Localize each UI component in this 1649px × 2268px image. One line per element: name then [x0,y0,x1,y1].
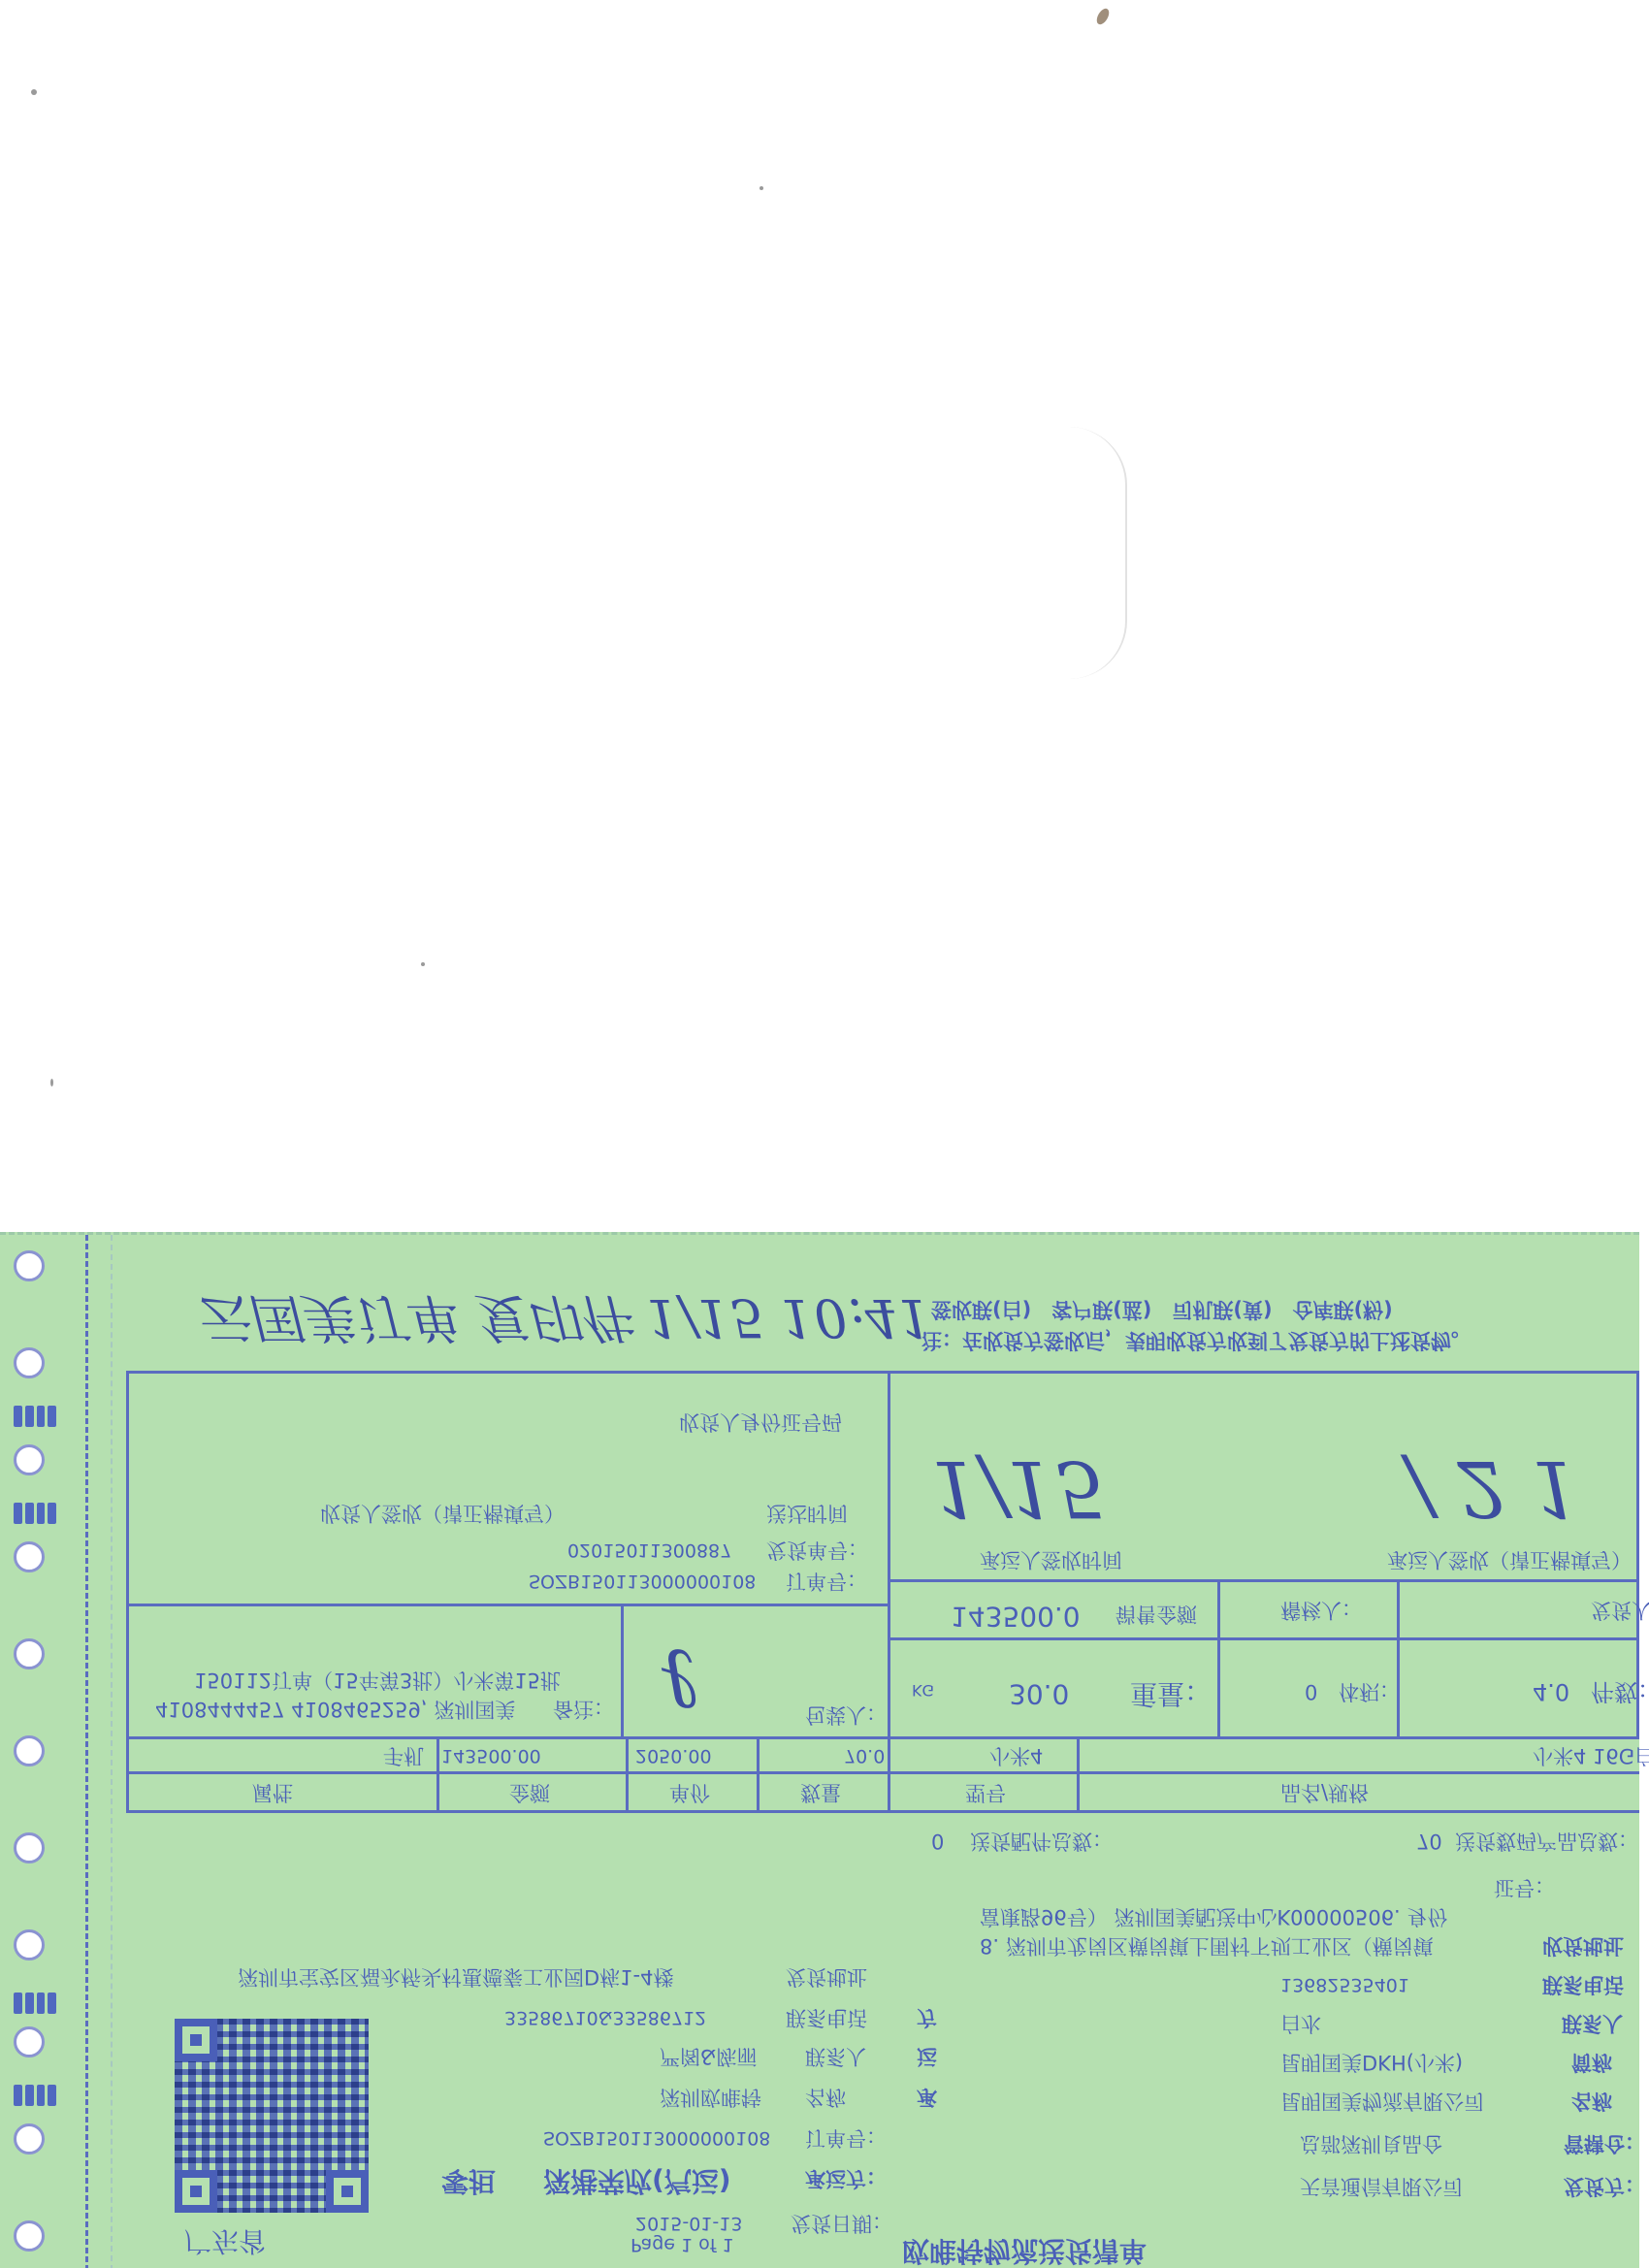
consignee-address-line1: 8. 深圳市龙岗区横岗镇上围村下坝工业区（横岗镇 [980,1933,1434,1959]
volume-label: 体积： [1339,1679,1400,1704]
scan-speck [421,962,425,966]
feed-hole-icon [14,2220,45,2252]
feed-hole-icon [14,1638,45,1669]
remark-line2: 150112订单（15年第3批）小米第15批 [194,1668,561,1693]
registration-mark-icon [14,1503,56,1524]
qr-finder-icon [175,2019,217,2061]
accessory-total: 0 [931,1829,944,1854]
weight-label: 重量： [1130,1681,1212,1706]
carrier-mode: 零担 [441,2168,496,2193]
carrier-label: 承运方： [805,2166,887,2191]
consignee-contact-label: 联系人 [1562,2011,1623,2036]
mirrored-form: 欧唯特物流送货清单 Page 1 of 1 发货日期： 2015-01-13 广… [0,1235,1639,2268]
feed-hole-icon [14,1929,45,1960]
feed-hole-icon [14,1541,45,1572]
cell-quantity: 70.0 [844,1743,885,1768]
feed-hole-icon [14,1347,45,1378]
summary-rule [888,1637,1639,1640]
province-label: 广东省 [184,2228,266,2253]
table-rule [126,1771,1639,1774]
scan-speck [1094,7,1112,27]
ship-date-label: 发货日期： [791,2211,892,2236]
table-rule [436,1739,439,1813]
qr-finder-icon [326,2170,369,2213]
consignee-address-line2: 富康路96号） 深圳国美配送中心K00000506. 身份 [980,1904,1447,1929]
qr-finder-icon [175,2170,217,2213]
feed-hole-icon [14,1250,45,1281]
note-line1: 注：在收货方签收后，表明收货方收到了发货方的上述货物。 [921,1328,1471,1353]
carrier-sign-label: 承运人签收（请正楷填写） [1387,1547,1632,1572]
feed-hole-icon [14,2026,45,2057]
carrier-value: 深港荣欣(汽运) [543,2168,731,2193]
pieces-value: 4.0 [1533,1679,1569,1704]
cell-unit-price: 2050.00 [635,1743,712,1768]
receiver-sign-label: 收货人签收（请正楷填写） [320,1501,565,1526]
digital-total: 70 [1416,1829,1442,1854]
table-rule [126,1810,1639,1813]
consignee-short: 昆明国美DKH(小米) [1280,2050,1463,2075]
auditor-label: 稽核人： [1280,1598,1362,1623]
qr-code [175,2019,369,2213]
feed-hole-icon [14,1735,45,1766]
summary-rule [1397,1582,1400,1739]
order-value: SOZB150113000000108 [543,2125,770,2151]
packer-signature: ℓ [660,1631,696,1728]
summary-rule [621,1606,624,1739]
warehouse-value: 总部深圳良品仓 [1300,2131,1442,2156]
consignee-name-label: 名称 [1571,2089,1612,2114]
column-header: 型号 [965,1780,1006,1805]
carrier-side-label: 运 [917,2044,937,2069]
feed-hole-icon [14,1832,45,1863]
feed-hole-icon [14,1444,45,1475]
column-header: 品名/规格 [1280,1780,1369,1805]
blank-scan-area [0,0,1649,1232]
table-rule [1077,1739,1080,1813]
consignee-name: 昆明国美物流有限公司 [1280,2089,1484,2114]
registration-mark-icon [14,1993,56,2014]
table-rule [757,1739,760,1813]
carrier-handwritten-time: 1/15 [931,1443,1106,1534]
consignee-phone-label: 联系电话 [1542,1972,1624,1997]
perforation-line [111,1235,113,2268]
carrier-side-label: 方 [917,2005,937,2030]
cell-amount: 143500.00 [441,1743,541,1768]
sales-label: 销售金额 [1115,1602,1197,1627]
cell-model: 小米4 [989,1743,1043,1768]
table-rule [126,1739,129,1813]
scan-fold-mark [1009,427,1127,679]
shipper-label: 发货方： [1564,2174,1645,2199]
registration-mark-icon [14,1406,56,1427]
digital-total-label: 送货数码产品总数： [1455,1829,1638,1854]
table-rule [626,1739,629,1813]
carrier-address: 深圳市宝安区福永桥头村惠德泰工业园D栋1-4楼 [238,1964,673,1990]
remark-line1: 4108444457 4108465259, 深圳国美 [155,1697,515,1722]
pieces-label: 件数： [1591,1679,1649,1704]
consignee-address-label: 收货地址 [1542,1933,1624,1959]
column-header: 金额 [509,1780,550,1805]
carrier-contact: 严阁&陈丽 [660,2044,757,2069]
carrier-name-label: 名称 [805,2085,846,2110]
shipper-value: 天音通信有限公司 [1300,2174,1463,2199]
packer-label: 包装人： [805,1702,887,1728]
summary-rule [1217,1582,1220,1739]
scan-speck [760,186,763,190]
carrier-side-label: 承 [917,2085,937,2110]
weight-unit: KG [912,1677,934,1702]
consignee-phone: 13682535401 [1280,1972,1409,1997]
summary-rule [888,1579,1639,1582]
sales-value: 143500.0 [951,1604,1081,1629]
delivery-slip: 欧唯特物流送货清单 Page 1 of 1 发货日期： 2015-01-13 广… [0,1232,1639,2268]
consignee-address-line3: 证号： [1494,1875,1555,1900]
handwritten-annotation: 云国美订单 复印件 1/15 10:41 [194,1284,931,1359]
carrier-sign-time-label: 承运人签收时间 [980,1547,1122,1572]
arrival-time-label: 送达时间 [766,1501,848,1526]
summary-order-value: SOZB150113000000108 [529,1569,756,1594]
registration-mark-icon [14,2085,56,2106]
warehouse-label: 管辖仓： [1564,2131,1645,2156]
carrier-phone: 33586710&33586712 [504,2005,706,2030]
summary-rule [888,1371,890,1739]
cell-product: 小米4 16G白 [1533,1743,1649,1768]
volume-value: 0 [1305,1679,1317,1704]
scan-speck [50,1079,53,1086]
summary-rule [126,1604,888,1606]
scan-speck [31,89,37,95]
carrier-contact-label: 联系人 [805,2044,866,2069]
remark-label: 备注： [553,1697,614,1722]
perforation-line [85,1235,88,2268]
carrier-address-label: 发货地址 [786,1964,867,1990]
feed-hole-icon [14,2123,45,2155]
ship-date: 2015-01-13 [635,2211,742,2236]
summary-order-label: 订单号： [786,1569,867,1594]
tractor-feed-strip [0,1235,87,2268]
column-header: 数量 [800,1780,841,1805]
consignee-short-label: 简称 [1571,2050,1612,2075]
table-rule [888,1739,890,1813]
order-label: 订单号： [805,2125,887,2151]
sender-label: 发货人： [1591,1598,1649,1623]
carrier-phone-label: 联系电话 [786,2005,867,2030]
receiver-id-label: 收货人身份证号码 [679,1409,842,1435]
accessory-total-label: 送货配件总数： [970,1829,1113,1854]
document-title: 欧唯特物流送货清单 [902,2238,1147,2263]
column-header: 单价 [669,1780,710,1805]
cell-attribute: 手机 [383,1743,424,1768]
delivery-no-value: 02015011300887 [567,1538,731,1563]
note-line2: 签收联(白) 客户联(蓝) 司机联(黄) 仓库联(粉) [931,1297,1393,1322]
consignee-contact: 白水 [1280,2011,1321,2036]
column-header: 属性 [252,1780,293,1805]
carrier-handwritten-signature: / 2 1 [1406,1443,1581,1534]
weight-value: 30.0 [1009,1681,1069,1706]
delivery-no-label: 发货单号： [766,1538,868,1563]
carrier-name: 深圳欧唯特 [660,2085,761,2110]
